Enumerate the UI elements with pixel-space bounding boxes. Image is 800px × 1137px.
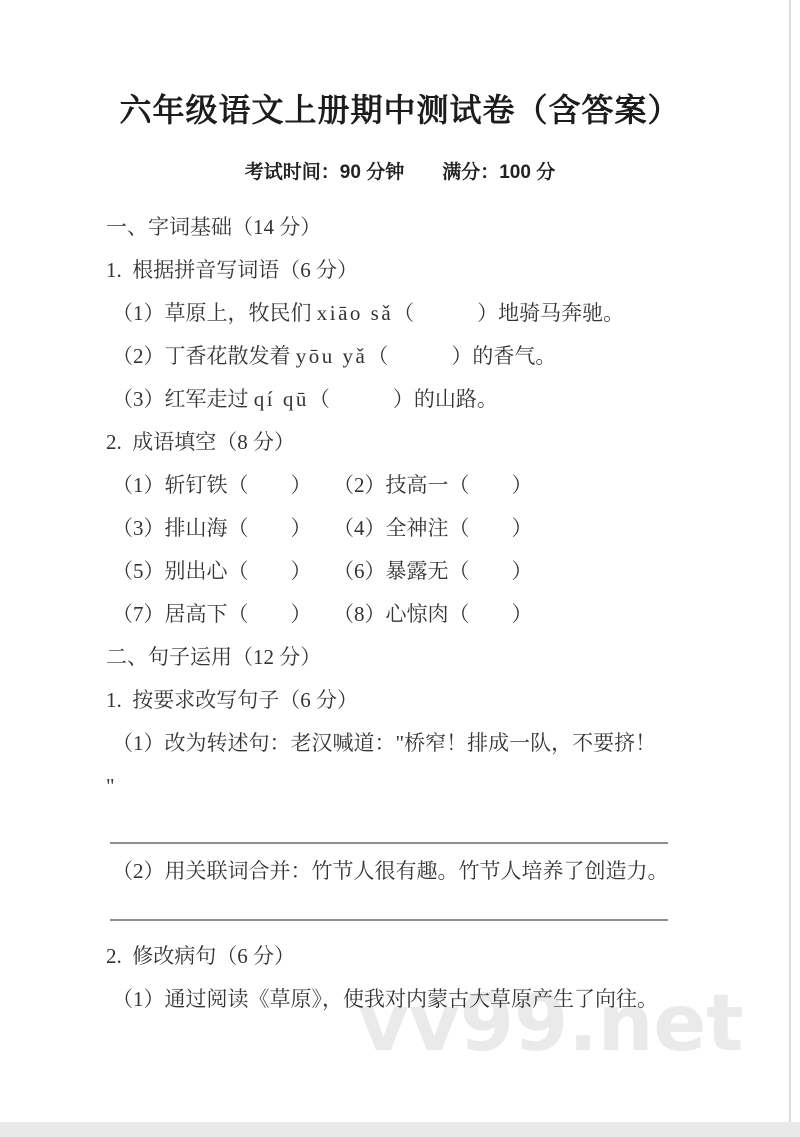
question-text: （2）丁香花散发着 [112, 344, 296, 368]
question-text: （1）草原上，牧民们 [112, 301, 317, 325]
text-line: 2. 修改病句（6 分） [106, 935, 800, 978]
idiom-blank-left: （1）斩钉铁（ ） [112, 464, 333, 507]
exam-meta-line: 考试时间：90 分钟 满分：100 分 [0, 160, 800, 186]
pinyin-text: xiāo sǎ [317, 301, 393, 325]
text-line: 1. 按要求改写句子（6 分） [106, 679, 800, 722]
text-line: （7）居高下（ ）（8）心惊肉（ ） [112, 593, 800, 636]
text-line: （1）通过阅读《草原》，使我对内蒙古大草原产生了向往。 [112, 978, 800, 1021]
text-line: " [106, 765, 800, 808]
text-line: 一、字词基础（14 分） [106, 206, 800, 249]
pinyin-text: yōu yǎ [296, 344, 368, 368]
text-line: （5）别出心（ ）（6）暴露无（ ） [112, 550, 800, 593]
page-title: 六年级语文上册期中测试卷（含答案） [0, 90, 800, 130]
text-line: （3）红军走过 qí qū（ ）的山路。 [112, 378, 800, 421]
text-line: 1. 根据拼音写词语（6 分） [106, 249, 800, 292]
idiom-blank-right: （6）暴露无（ ） [333, 559, 533, 583]
idiom-blank-left: （7）居高下（ ） [112, 593, 333, 636]
text-line: （1）斩钉铁（ ）（2）技高一（ ） [112, 464, 800, 507]
text-line: （1）改为转述句：老汉喊道："桥窄！排成一队，不要挤！ [112, 722, 800, 765]
document-body: 一、字词基础（14 分）1. 根据拼音写词语（6 分）（1）草原上，牧民们 xi… [0, 206, 800, 1021]
answer-blank-line [110, 842, 668, 844]
pinyin-text: qí qū [254, 387, 309, 411]
idiom-blank-right: （8）心惊肉（ ） [333, 602, 533, 626]
question-text: （ ）地骑马奔驰。 [393, 301, 624, 325]
question-text: （3）红军走过 [112, 387, 254, 411]
idiom-blank-right: （2）技高一（ ） [333, 473, 533, 497]
text-line: 二、句子运用（12 分） [106, 636, 800, 679]
text-line: （3）排山海（ ）（4）全神注（ ） [112, 507, 800, 550]
text-line: （1）草原上，牧民们 xiāo sǎ（ ）地骑马奔驰。 [112, 292, 800, 335]
idiom-blank-left: （3）排山海（ ） [112, 507, 333, 550]
exam-paper-page: 六年级语文上册期中测试卷（含答案） 考试时间：90 分钟 满分：100 分 一、… [0, 0, 800, 1137]
question-text: （ ）的香气。 [367, 344, 556, 368]
text-line: （2）用关联词合并：竹节人很有趣。竹节人培养了创造力。 [112, 850, 800, 893]
text-line: 2. 成语填空（8 分） [106, 421, 800, 464]
text-line: （2）丁香花散发着 yōu yǎ（ ）的香气。 [112, 335, 800, 378]
idiom-blank-right: （4）全神注（ ） [333, 516, 533, 540]
answer-blank-line [110, 919, 668, 921]
question-text: （ ）的山路。 [309, 387, 498, 411]
idiom-blank-left: （5）别出心（ ） [112, 550, 333, 593]
page-bottom-band [0, 1122, 800, 1137]
